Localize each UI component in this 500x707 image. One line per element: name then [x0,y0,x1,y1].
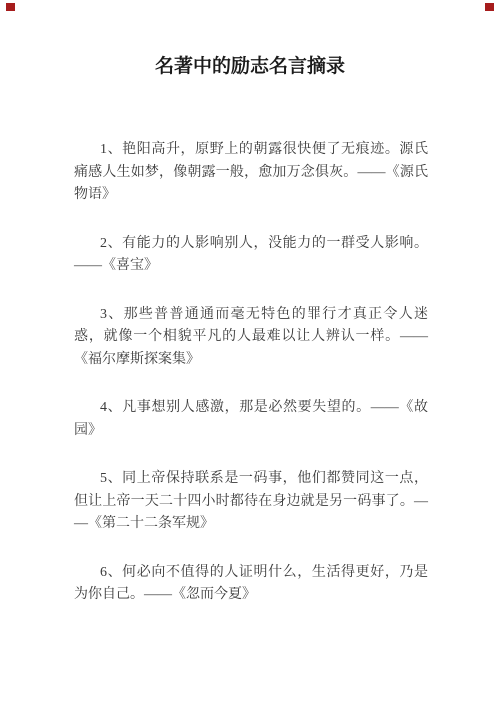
quote-line: 6、何必向不值得的人证明什么，生活得更好，乃是 [74,562,428,585]
quote-paragraph-1: 1、艳阳高升，原野上的朝露很快便了无痕迹。源氏 痛感人生如梦，像朝露一般，愈加万… [74,139,428,207]
quote-line: 5、同上帝保持联系是一码事，他们都赞同这一点， [74,468,428,491]
quote-line: 1、艳阳高升，原野上的朝露很快便了无痕迹。源氏 [74,139,428,162]
quote-line: 惑，就像一个相貌平凡的人最难以让人辨认一样。—— [74,326,428,349]
quote-line: —《第二十二条军规》 [74,513,428,536]
quote-line: 3、那些普普通通而毫无特色的罪行才真正令人迷 [74,304,428,327]
quote-line: 2、有能力的人影响别人，没能力的一群受人影响。 [74,233,428,256]
quote-paragraph-2: 2、有能力的人影响别人，没能力的一群受人影响。 ——《喜宝》 [74,233,428,278]
quotes-list: 1、艳阳高升，原野上的朝露很快便了无痕迹。源氏 痛感人生如梦，像朝露一般，愈加万… [74,139,428,607]
quote-line: 为你自己。——《忽而今夏》 [74,584,428,607]
page-corner-mark-left [6,3,15,11]
quote-line: 物语》 [74,184,428,207]
document-page: 名著中的励志名言摘录 1、艳阳高升，原野上的朝露很快便了无痕迹。源氏 痛感人生如… [0,0,500,707]
quote-line: 园》 [74,420,428,443]
quote-paragraph-6: 6、何必向不值得的人证明什么，生活得更好，乃是 为你自己。——《忽而今夏》 [74,562,428,607]
quote-line: 痛感人生如梦，像朝露一般，愈加万念俱灰。——《源氏 [74,162,428,185]
quote-line: 但让上帝一天二十四小时都待在身边就是另一码事了。— [74,491,428,514]
quote-paragraph-5: 5、同上帝保持联系是一码事，他们都赞同这一点， 但让上帝一天二十四小时都待在身边… [74,468,428,536]
page-title: 名著中的励志名言摘录 [0,53,500,81]
quote-line: ——《喜宝》 [74,255,428,278]
quote-line: 《福尔摩斯探案集》 [74,349,428,372]
quote-line: 4、凡事想别人感激，那是必然要失望的。——《故 [74,397,428,420]
page-corner-mark-right [485,3,494,11]
quote-paragraph-3: 3、那些普普通通而毫无特色的罪行才真正令人迷 惑，就像一个相貌平凡的人最难以让人… [74,304,428,372]
quote-paragraph-4: 4、凡事想别人感激，那是必然要失望的。——《故 园》 [74,397,428,442]
